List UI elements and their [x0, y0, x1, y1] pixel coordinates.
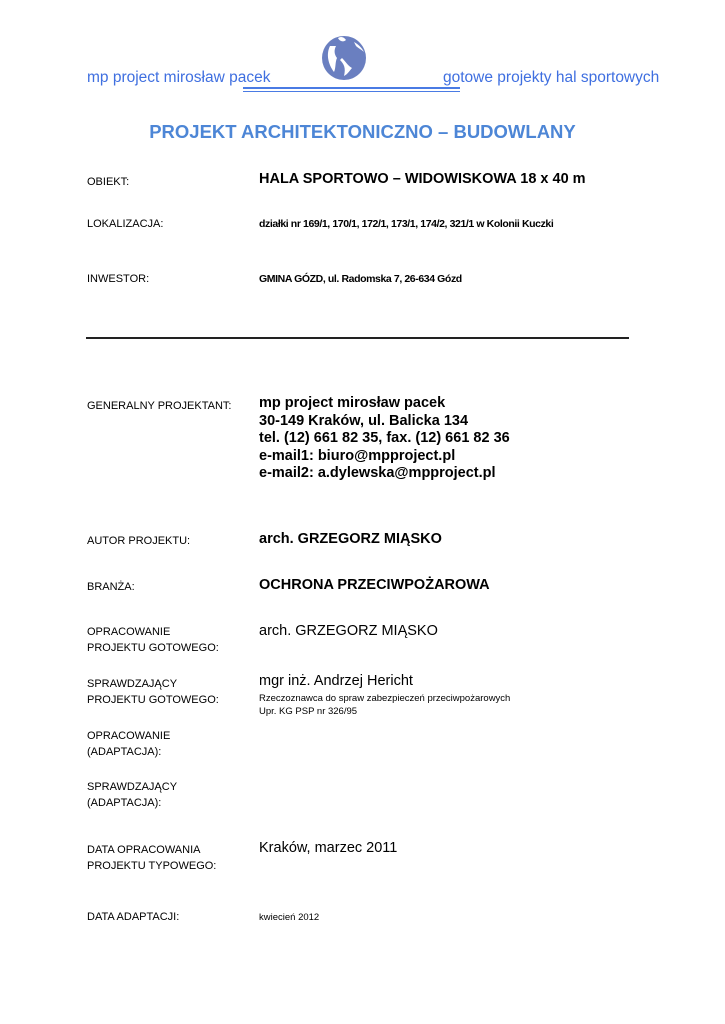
value-obiekt: HALA SPORTOWO – WIDOWISKOWA 18 x 40 m — [259, 171, 586, 187]
projektant-address: 30-149 Kraków, ul. Balicka 134 — [259, 413, 510, 431]
value-lokalizacja: działki nr 169/1, 170/1, 172/1, 173/1, 1… — [259, 218, 553, 230]
projektant-name: mp project mirosław pacek — [259, 395, 510, 413]
divider — [86, 337, 629, 339]
label-data-adaptacji: DATA ADAPTACJI: — [87, 910, 179, 926]
label-line: SPRAWDZAJĄCY — [87, 780, 177, 796]
value-data-adaptacji: kwiecień 2012 — [259, 912, 319, 923]
page-title: PROJEKT ARCHITEKTONICZNO – BUDOWLANY — [0, 121, 725, 143]
projektant-email2: e-mail2: a.dylewska@mpproject.pl — [259, 465, 510, 483]
value-data-opracowania: Kraków, marzec 2011 — [259, 840, 397, 856]
label-line: PROJEKTU GOTOWEGO: — [87, 641, 219, 657]
note-line: Upr. KG PSP nr 326/95 — [259, 705, 510, 718]
label-line: OPRACOWANIE — [87, 625, 219, 641]
projektant-email1: e-mail1: biuro@mpproject.pl — [259, 448, 510, 466]
label-line: PROJEKTU GOTOWEGO: — [87, 693, 219, 709]
value-branza: OCHRONA PRZECIWPOŻAROWA — [259, 577, 490, 593]
label-data-opracowania: DATA OPRACOWANIA PROJEKTU TYPOWEGO: — [87, 843, 216, 874]
label-branza: BRANŻA: — [87, 580, 135, 596]
note-sprawdzajacy: Rzeczoznawca do spraw zabezpieczeń przec… — [259, 692, 510, 718]
label-line: DATA OPRACOWANIA — [87, 843, 216, 859]
label-line: (ADAPTACJA): — [87, 796, 177, 812]
label-sprawdzajacy-adaptacja: SPRAWDZAJĄCY (ADAPTACJA): — [87, 780, 177, 811]
label-line: SPRAWDZAJĄCY — [87, 677, 219, 693]
header-underline-thin — [243, 91, 460, 92]
header-underline — [243, 87, 460, 89]
label-obiekt: OBIEKT: — [87, 175, 129, 191]
label-inwestor: INWESTOR: — [87, 272, 149, 288]
note-line: Rzeczoznawca do spraw zabezpieczeń przec… — [259, 692, 510, 705]
header-company: mp project mirosław pacek — [87, 69, 270, 87]
header-tagline: gotowe projekty hal sportowych — [443, 69, 659, 87]
value-inwestor: GMINA GÓZD, ul. Radomska 7, 26-634 Gózd — [259, 273, 462, 285]
label-line: PROJEKTU TYPOWEGO: — [87, 859, 216, 875]
globe-icon — [320, 34, 368, 82]
label-generalny-projektant: GENERALNY PROJEKTANT: — [87, 399, 231, 415]
label-lokalizacja: LOKALIZACJA: — [87, 217, 163, 233]
value-autor: arch. GRZEGORZ MIĄSKO — [259, 531, 442, 547]
label-opracowanie-adaptacja: OPRACOWANIE (ADAPTACJA): — [87, 729, 170, 760]
label-sprawdzajacy-gotowego: SPRAWDZAJĄCY PROJEKTU GOTOWEGO: — [87, 677, 219, 708]
label-line: OPRACOWANIE — [87, 729, 170, 745]
projektant-phone: tel. (12) 661 82 35, fax. (12) 661 82 36 — [259, 430, 510, 448]
value-opracowanie-gotowego: arch. GRZEGORZ MIĄSKO — [259, 623, 438, 639]
value-sprawdzajacy-gotowego: mgr inż. Andrzej Hericht — [259, 673, 413, 689]
label-opracowanie-gotowego: OPRACOWANIE PROJEKTU GOTOWEGO: — [87, 625, 219, 656]
label-autor: AUTOR PROJEKTU: — [87, 534, 190, 550]
label-line: (ADAPTACJA): — [87, 745, 170, 761]
value-generalny-projektant: mp project mirosław pacek 30-149 Kraków,… — [259, 395, 510, 483]
